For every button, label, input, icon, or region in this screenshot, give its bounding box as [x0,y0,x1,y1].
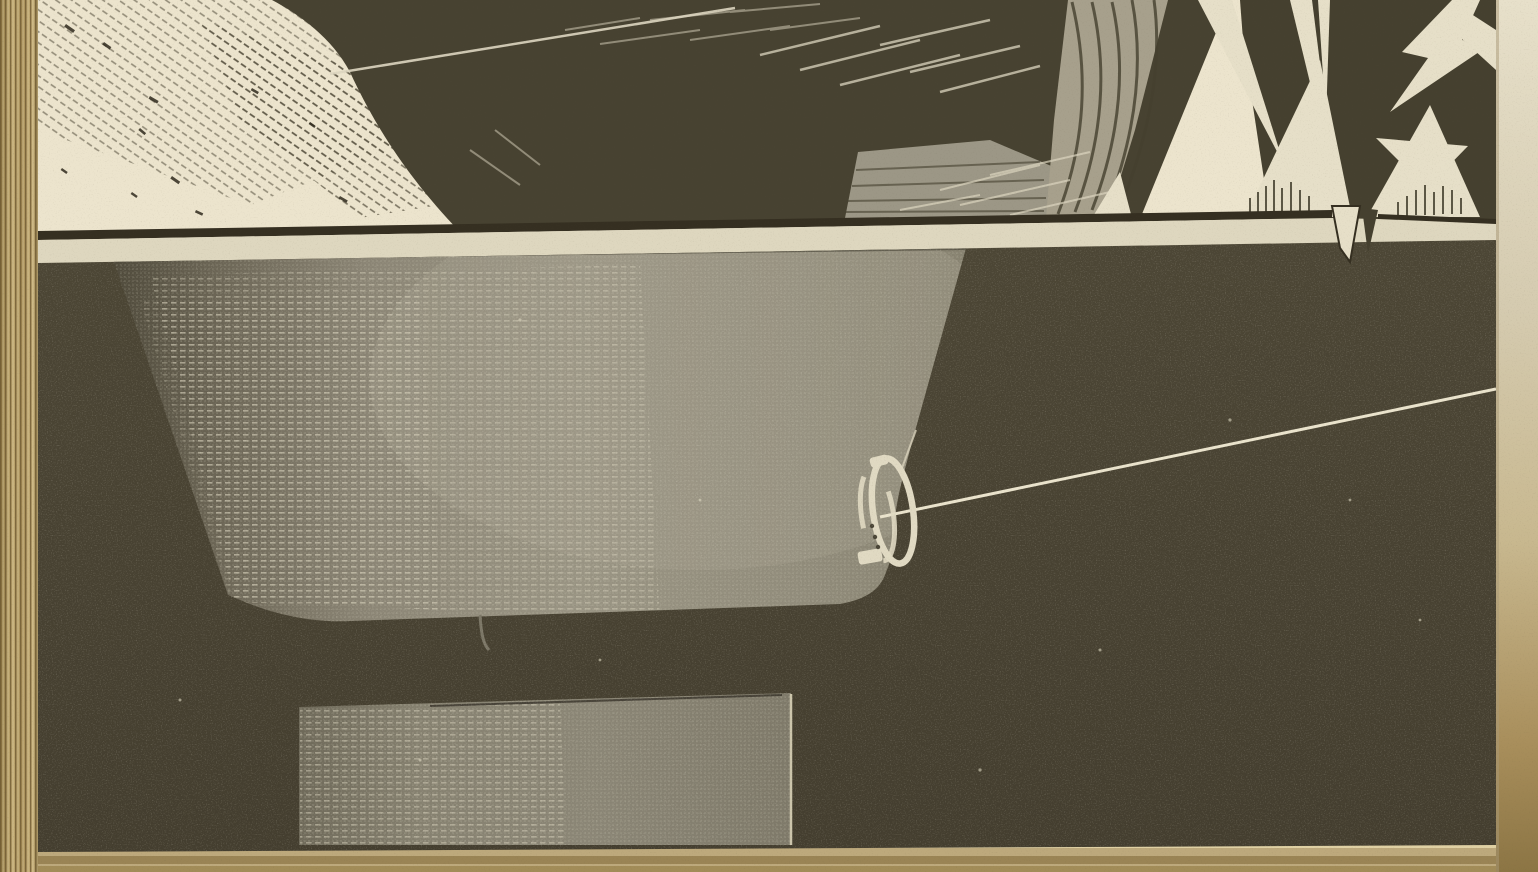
page-canvas [0,0,1538,872]
scan-grain [0,0,1538,872]
manga-page-scan [0,0,1538,872]
